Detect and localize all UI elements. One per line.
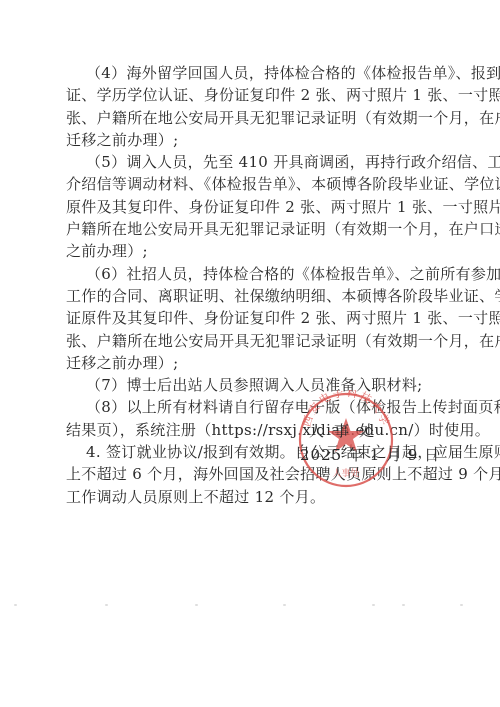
text-line: 迁移之前办理）; [66,129,442,151]
text-line: 介绍信等调动材料、《体检报告单》、本硕博各阶段毕业证、学位证 [66,173,442,195]
text-line: 张、户籍所在地公安局开具无犯罪记录证明（有效期一个月，在户口 [66,107,442,129]
scan-artifacts [0,600,500,620]
seal-subtext: 人事处 [332,467,359,479]
signature-date: 2025 年 1 月 9 日 [300,444,440,465]
text-line: 张、户籍所在地公安局开具无犯罪记录证明（有效期一个月，在户口 [66,330,442,352]
paragraph-item-6: （6）社招人员，持体检合格的《体检报告单》、之前所有参加 工作的合同、离职证明、… [66,263,442,374]
text-line: 户籍所在地公安局开具无犯罪记录证明（有效期一个月，在户口迁移 [66,218,442,240]
text-line: 之前办理）; [66,240,442,262]
text-line: 工作的合同、离职证明、社保缴纳明细、本硕博各阶段毕业证、学位 [66,285,442,307]
text-line: （4）海外留学回国人员，持体检合格的《体检报告单》、报到 [66,62,442,84]
text-line: 证原件及其复印件、身份证复印件 2 张、两寸照片 1 张、一寸照片 2 [66,307,442,329]
text-line: 迁移之前办理）; [66,352,442,374]
text-line: （5）调入人员，先至 410 开具商调函，再持行政介绍信、工资 [66,151,442,173]
paragraph-item-4: （4）海外留学回国人员，持体检合格的《体检报告单》、报到 证、学历学位认证、身份… [66,62,442,151]
text-line: 证、学历学位认证、身份证复印件 2 张、两寸照片 1 张、一寸照片 2 [66,84,442,106]
signature-department: 人事处 [309,420,384,441]
paragraph-item-5: （5）调入人员，先至 410 开具商调函，再持行政介绍信、工资 介绍信等调动材料… [66,151,442,262]
text-line: （6）社招人员，持体检合格的《体检报告单》、之前所有参加 [66,263,442,285]
text-line: 原件及其复印件、身份证复印件 2 张、两寸照片 1 张、一寸照片 2 张、 [66,196,442,218]
